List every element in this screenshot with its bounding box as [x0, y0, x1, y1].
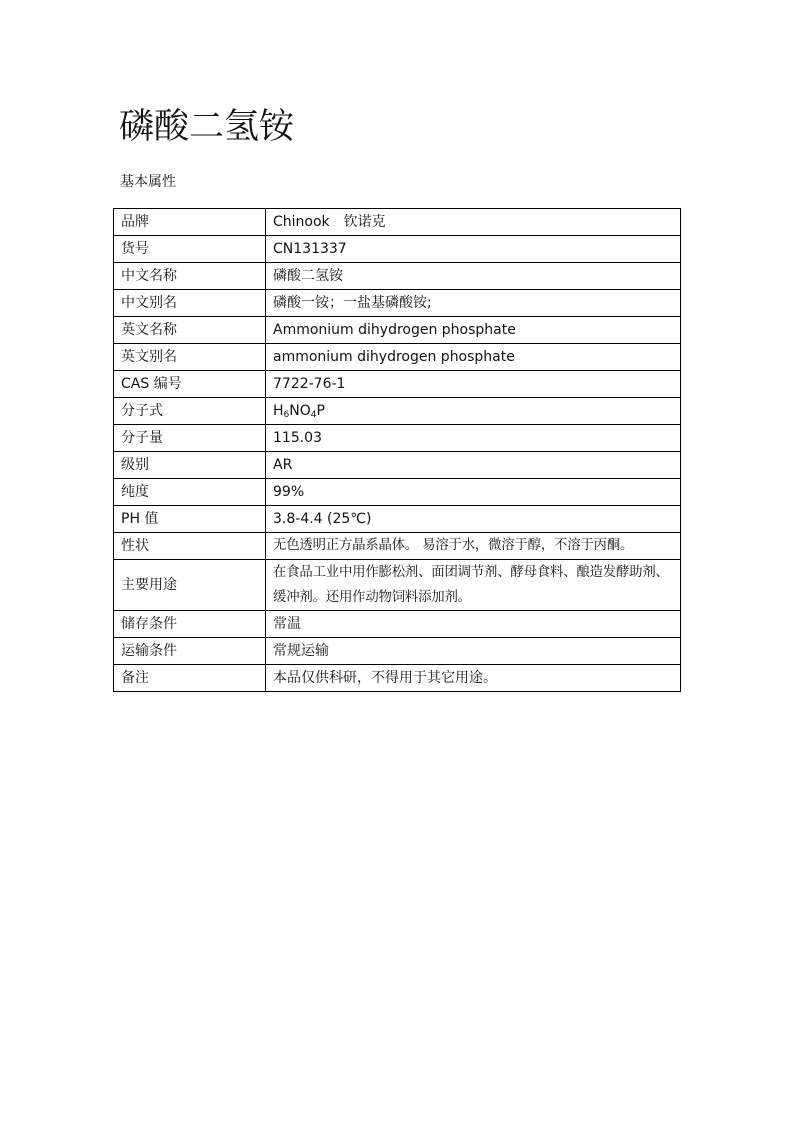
property-label: 英文别名 — [114, 344, 266, 371]
property-label: 纯度 — [114, 479, 266, 506]
property-value: 本品仅供科研，不得用于其它用途。 — [266, 665, 681, 692]
property-value: Chinook 钦诺克 — [266, 209, 681, 236]
property-label: 品牌 — [114, 209, 266, 236]
property-value: 在食品工业中用作膨松剂、面团调节剂、酵母食料、酿造发酵助剂、缓冲剂。还用作动物饲… — [266, 560, 681, 611]
property-value: 无色透明正方晶系晶体。 易溶于水，微溶于醇，不溶于丙酮。 — [266, 533, 681, 560]
table-row: 性状 无色透明正方晶系晶体。 易溶于水，微溶于醇，不溶于丙酮。 — [114, 533, 681, 560]
property-label: 主要用途 — [114, 560, 266, 611]
property-value: 115.03 — [266, 425, 681, 452]
property-label: 分子式 — [114, 398, 266, 425]
table-row: 备注 本品仅供科研，不得用于其它用途。 — [114, 665, 681, 692]
section-title: 基本属性 — [120, 172, 176, 192]
table-row: PH 值 3.8-4.4 (25℃) — [114, 506, 681, 533]
table-row: 中文名称 磷酸二氢铵 — [114, 263, 681, 290]
table-row: CAS 编号 7722-76-1 — [114, 371, 681, 398]
property-value: 3.8-4.4 (25℃) — [266, 506, 681, 533]
property-value: 99% — [266, 479, 681, 506]
property-label: 备注 — [114, 665, 266, 692]
property-value: 磷酸一铵；一盐基磷酸铵; — [266, 290, 681, 317]
table-row: 货号 CN131337 — [114, 236, 681, 263]
property-value: 常规运输 — [266, 638, 681, 665]
table-row: 品牌 Chinook 钦诺克 — [114, 209, 681, 236]
property-value: 磷酸二氢铵 — [266, 263, 681, 290]
property-label: 英文名称 — [114, 317, 266, 344]
property-label: 储存条件 — [114, 611, 266, 638]
property-value: 7722-76-1 — [266, 371, 681, 398]
property-label: 货号 — [114, 236, 266, 263]
table-row: 纯度 99% — [114, 479, 681, 506]
table-row: 分子量 115.03 — [114, 425, 681, 452]
property-label: 性状 — [114, 533, 266, 560]
page-title: 磷酸二氢铵 — [119, 104, 294, 150]
property-value: ammonium dihydrogen phosphate — [266, 344, 681, 371]
property-label: 运输条件 — [114, 638, 266, 665]
table-row: 英文名称 Ammonium dihydrogen phosphate — [114, 317, 681, 344]
property-label: 分子量 — [114, 425, 266, 452]
table-row: 分子式 H6NO4P — [114, 398, 681, 425]
table-row: 中文别名 磷酸一铵；一盐基磷酸铵; — [114, 290, 681, 317]
table-row: 主要用途 在食品工业中用作膨松剂、面团调节剂、酵母食料、酿造发酵助剂、缓冲剂。还… — [114, 560, 681, 611]
table-row: 英文别名 ammonium dihydrogen phosphate — [114, 344, 681, 371]
property-label: PH 值 — [114, 506, 266, 533]
property-label: 中文名称 — [114, 263, 266, 290]
property-value: 常温 — [266, 611, 681, 638]
table-row: 级别 AR — [114, 452, 681, 479]
property-label: 级别 — [114, 452, 266, 479]
formula-part: NO — [289, 403, 311, 419]
property-value: CN131337 — [266, 236, 681, 263]
table-row: 运输条件 常规运输 — [114, 638, 681, 665]
table-row: 储存条件 常温 — [114, 611, 681, 638]
property-label: 中文别名 — [114, 290, 266, 317]
formula-part: H — [273, 403, 284, 419]
molecular-formula: H6NO4P — [266, 398, 681, 425]
property-label: CAS 编号 — [114, 371, 266, 398]
formula-part: P — [317, 403, 325, 419]
property-value: Ammonium dihydrogen phosphate — [266, 317, 681, 344]
properties-table: 品牌 Chinook 钦诺克 货号 CN131337 中文名称 磷酸二氢铵 中文… — [113, 208, 681, 692]
property-value: AR — [266, 452, 681, 479]
